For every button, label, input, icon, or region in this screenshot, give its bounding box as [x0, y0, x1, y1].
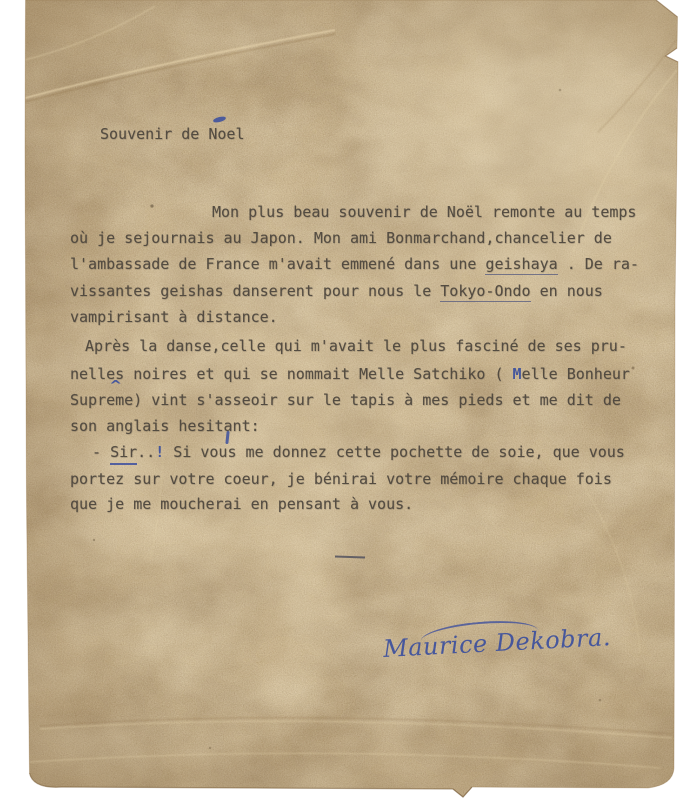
blue-overwritten-letter: M	[513, 365, 522, 383]
blue-circumflex-mark: ^	[110, 378, 121, 392]
text-segment: elle Bonheur	[522, 365, 630, 383]
text-segment: nelles noires et qui se nommait Melle Sa…	[70, 365, 513, 383]
typed-line-p3-3: que je me moucherai en pensant à vous.	[70, 496, 413, 512]
underlined-word-tokyo-ondo: Tokyo-Ondo	[440, 282, 530, 302]
typed-line-p3-2: portez sur votre coeur, je bénirai votre…	[70, 471, 612, 487]
signature: Maurice Dekobra.	[382, 623, 611, 663]
text-segment: . De ra-	[558, 255, 639, 273]
text-segment: ..	[137, 443, 155, 461]
typed-line-p1-5: vampirisant à distance.	[70, 309, 278, 325]
blue-underlined-word-sir: Sir	[110, 443, 137, 465]
text-segment: l'ambassade de France m'avait emmené dan…	[70, 255, 485, 273]
typed-line-p1-2: où je sejournais au Japon. Mon ami Bonma…	[70, 230, 612, 246]
blue-exclamation-mark: !	[155, 443, 164, 461]
typed-line-p1-3: l'ambassade de France m'avait emmené dan…	[70, 256, 639, 272]
typed-line-p1-1: Mon plus beau souvenir de Noël remonte a…	[212, 204, 636, 220]
typed-dash-separator	[335, 555, 365, 558]
typed-line-p2-3: Supreme) vint s'asseoir sur le tapis à m…	[70, 392, 621, 408]
letter-content: Souvenir de Noel Mon plus beau souvenir …	[0, 0, 700, 800]
letter-scan: Souvenir de Noel Mon plus beau souvenir …	[0, 0, 700, 800]
letter-title: Souvenir de Noel	[100, 126, 245, 142]
text-segment: vissantes geishas danserent pour nous le	[70, 282, 440, 300]
blue-trema-mark	[213, 116, 227, 124]
text-segment: en nous	[531, 282, 603, 300]
typed-line-p2-4: son anglais hesitant:	[70, 418, 260, 434]
text-segment: Si vous me donnez cette pochette de soie…	[164, 443, 625, 461]
text-segment: -	[92, 443, 110, 461]
typed-line-p2-1: Après la danse,celle qui m'avait le plus…	[85, 338, 627, 354]
typed-line-p2-2: nelles noires et qui se nommait Melle Sa…	[70, 366, 630, 382]
underlined-word-geishaya: geishaya	[485, 255, 557, 275]
typed-line-p3-1: - Sir..! Si vous me donnez cette pochett…	[92, 444, 625, 460]
typed-line-p1-4: vissantes geishas danserent pour nous le…	[70, 283, 603, 299]
